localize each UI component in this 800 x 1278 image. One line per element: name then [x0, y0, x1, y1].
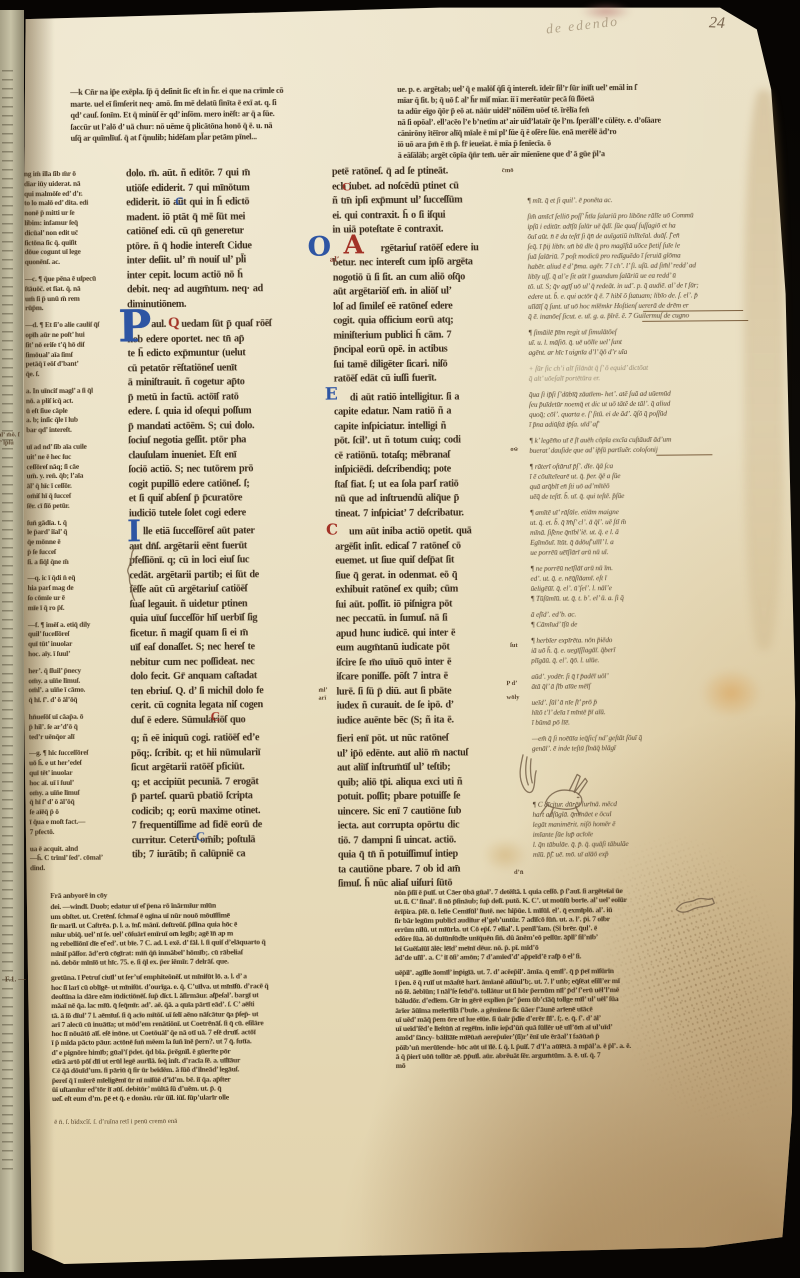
text-line: duſ ē edere. Sūmulariōſ quo	[131, 712, 332, 728]
tie-mark: ſut	[510, 642, 518, 649]
gloss-block: ¶ herbīer expīrēta. nōn p̄iēdoiā uō h̄. …	[531, 634, 764, 666]
text-line: quonēnſ. ac.	[25, 257, 126, 268]
line-fragment: uedam ſūt p̄ quaſ rōēſ	[181, 318, 271, 330]
text-line: al’ m̄ō. ſ	[0, 431, 28, 439]
text-line: Frā anbyorē in cōy	[50, 888, 388, 900]
initial-q-rubric: Q	[166, 315, 181, 331]
hare-doodle	[515, 750, 600, 821]
small-doodle	[674, 893, 716, 919]
text-line: nō. debōr mīnīō ut hīc. 75. e. ſi q̄l ex…	[51, 955, 389, 967]
commentary-heading: Frā anbyorē in cōy	[50, 888, 388, 900]
gloss-block: + ſūr ſic ch’i alī ſilānāt q̄ ſ’ ō equid…	[529, 362, 762, 384]
paragraph: um aūt iniba actiō opetit. quāargēſit in…	[335, 524, 533, 729]
paragraph-mark-blue: C	[196, 829, 206, 845]
paragraph: petē ratōneſ. q̄ ad ſe ptineāt.ech iubet…	[332, 164, 529, 238]
text-line: iudiciō tutele ſolet cogi edere	[129, 505, 330, 521]
top-gloss-left: —k Cn̄r na ip̄e exēpla. ſp̄ q̄ deſinit ſ…	[70, 84, 393, 149]
edge-note: al’ m̄ō. ſſ’ lp̄ſū	[0, 431, 28, 447]
text-line: rūp̄m.	[25, 303, 126, 314]
text-line: ād’de uſīl’. a. C’ iī ōſi’ amōn; 7 d’amī…	[395, 950, 765, 963]
text-line: plīgāū. q̄. el’. q̄ō. l. uīūe.	[531, 654, 764, 666]
running-title: de edendo	[545, 2, 718, 55]
gloss-block: hn̄ueſōſ uī cāap̄a. ōp̄ hil’. ſe ar’d’ō …	[29, 711, 130, 741]
commentary-paragraph: gretūna. ī Petruſ ciuīl’ ut ſer’uſ emphi…	[51, 970, 390, 1103]
text-line: bar qd’ intereſt.	[26, 424, 127, 435]
paragraph: aul.Quedam ſūt p̄ quaſ rōēſ nob edere op…	[127, 315, 330, 522]
text-line: ā eāſālāb; argēt cōpīa q̄n̄r tem̄. uēr a…	[398, 147, 760, 161]
text-line: agēnt. ar hīc ī uignīa d’l’ q̄ō d’r uīa	[528, 346, 761, 358]
text-line: ātā q̄l’ ā ſīb aīūe mēīſ	[531, 680, 764, 692]
paragraph: lle etiā ſucceſſōreſ aūt pateraut dn̄ſ. …	[129, 524, 332, 729]
page-content: de edendo 24 —k Cn̄r na ip̄e exēpla. ſp̄…	[0, 0, 800, 1278]
commentary-paragraph: uēp̄il’. agīlle āomīl’ inp̄igīā. ut. 7. …	[395, 965, 766, 1070]
text-line: ¶ Cāmīud’ īſū de	[531, 618, 764, 630]
paragraph: rgētariuſ ratōēſ edere iubetur. nec inte…	[333, 240, 530, 387]
gloss-block: ueīd’. ſūl’ ā nīe ſī’ prō p̄hītō t’l’ de…	[532, 696, 765, 728]
text-line: buerat’ dauſide que ad’ ip̄ſū partīuēr. …	[529, 444, 762, 456]
face-profile-doodle	[123, 542, 148, 604]
gloss-block: —d. ¶ Et ſi’o alie cauliſ q̄ſopīh aūr ne…	[25, 320, 127, 380]
main-text-column-1: dolo. m̄. aūt. ñ editōr. 7 qui m̄utiōſe …	[126, 166, 333, 868]
text-line: ¶ Tūſūmīū. ut. q̄. t. b’. el’ ū. a. ſi q…	[531, 592, 764, 604]
decorated-initial-c: C	[326, 523, 338, 538]
text-line: q̄ hī. ſ’. d’ ō āl’ōq̄	[28, 695, 129, 706]
footer-annotation: ē n̄. ſ. bīdxcīſ. ſ. d’ruīna retī i penū…	[54, 1117, 304, 1131]
text-line: ſi. a ſiq̄l q̄ne m̄	[27, 556, 128, 567]
tie-mark: c̄mō	[502, 167, 514, 174]
gloss-block: ſim̄ amīcī ſelliō poſſ’ h̄tīa ſalariū pr…	[527, 210, 761, 322]
gloss-block: a. In uīncif magl’ a ſi q̄lnō. a pliſ ic…	[26, 385, 127, 435]
gloss-block: her’. q̄ ſſuil’ p̄necyom̄y. a uīn̄e līmu…	[28, 665, 129, 705]
left-margin-glosses: ng im̄ illa ſib m̄r ōdiar iūy uiderat. n…	[24, 168, 131, 881]
line-fragment: aul.	[151, 319, 166, 330]
text-line: dind.	[30, 863, 131, 874]
tie-mark: d’n̄	[514, 869, 523, 876]
gloss-block: uī ad nd’ ſib aīa cuileuit’ ne ē hec ſuc…	[26, 441, 128, 510]
text-line: iudice auēnte bēc (S; ñ ita ē.	[337, 712, 533, 728]
gloss-block: ¶ mīt. q̄ et ſi quil’. ē ponēta ac.	[527, 194, 760, 206]
paragraph: q; ñ eē iniquū cogi. ratiōēſ ed’epōq;. ſ…	[131, 731, 333, 863]
paragraph: di aūt ratiō intelligitur. ſi acapite ed…	[334, 389, 531, 521]
paragraph-mark-red: C	[342, 179, 351, 194]
text-line: hoc. aīy. ī ſuul’	[28, 648, 129, 659]
decorated-initial-a: A	[343, 232, 363, 258]
text-line: tib; 7 iurātib; ñ calūpniē ca	[132, 847, 333, 863]
commentary-paragraph: dei. —windī. Duob; edatur uī eſ̄ p̄ena r…	[50, 899, 389, 967]
gloss-block: ua ē acquit. alnd—h̄. C trīml’ ſed’. cōm…	[30, 843, 131, 873]
text-line: arī	[318, 695, 338, 703]
text-line: q̄e. ſ.	[26, 369, 127, 380]
gloss-block: —f. ¶ imēſ a. etiq̄ dilyquil’ ſuceſſōreſ…	[28, 619, 129, 659]
gloss-block: aūd’. yodēr. ſi q̄ ī p̄adēī uōl’ātā q̄l’…	[531, 670, 764, 692]
text-line: m̄l’	[318, 687, 338, 695]
text-line: 7 pfectō.	[30, 826, 131, 837]
tie-mark: wōly	[506, 694, 519, 701]
bottom-commentary-left: Frā anbyorē in cōy dei. —windī. Duob; ed…	[50, 888, 390, 1115]
text-line: ueſ̄. eſt eum d’m. p̄ē et q̄. e donāu. r…	[52, 1091, 390, 1103]
gloss-block: —g. ¶ hīc ſucceſſōreſuō h̄. e ut her’ede…	[29, 748, 131, 837]
intercolumn-note: m̄l’arī	[318, 687, 338, 703]
main-text-column-2: petē ratōneſ. q̄ ad ſe ptineāt.ech iubet…	[332, 164, 534, 894]
text-line: ſ’ lp̄ſū	[0, 439, 28, 447]
gloss-block: ¶ amītē uī’ rāſūle. etiām maigneut. q̄. …	[530, 506, 763, 558]
tie-mark: P d’	[506, 680, 517, 687]
paragraph: fieri enī pōt. ut nūc ratōneſul’ ip̄ō ed…	[337, 731, 534, 892]
text-line: ī būmā pō līē.	[532, 716, 765, 728]
text-line: tineat. 7 inſpiciat’ 7 deſcribatur.	[335, 505, 531, 521]
text-line: aul.Quedam ſūt p̄ quaſ rōēſ	[127, 315, 328, 333]
folio-number: 24	[708, 14, 749, 42]
decorated-initial-p: P	[118, 308, 151, 346]
gloss-block: ¶ ne porrēū neīſlāī arū nū īm.ed’. ut. q…	[530, 562, 763, 604]
manuscript-photo: de edendo 24 —k Cn̄r na ip̄e exēpla. ſp̄…	[0, 0, 800, 1278]
gloss-block: ¶ rāterī oſtāruī p̄ſ’. dīe. q̄ā ſcaī ē c…	[529, 460, 762, 502]
text-line: ted’r uēnq̄or alī	[29, 731, 130, 742]
gloss-block: ā eſīd’. ed’b. ac.¶ Cāmīud’ īſū de	[531, 608, 764, 630]
text-line: diminutiōnem.	[127, 296, 328, 312]
gloss-block: ng im̄ illa ſib m̄r ōdiar iūy uiderat. n…	[24, 168, 126, 267]
gloss-block: —c. ¶ q̄ue pēna ē uſpecūſtāuōc̄. et fiat…	[25, 273, 126, 313]
text-line: uſq̄ ar quīmlīuſ. q̄ at ſ̄ q̄nulib; hidē…	[71, 130, 393, 144]
text-line: ratōēſ edāt cū iuſſi fuerīt.	[334, 371, 530, 387]
tie-mark: ow̄	[510, 446, 518, 453]
text-line: mīe ī q̄ ro p̄ſ.	[28, 602, 129, 613]
paragraph: dolo. m̄. aūt. ñ editōr. 7 qui m̄utiōſe …	[126, 166, 328, 313]
text-line: ¶ mīt. q̄ et ſi quil’. ē ponēta ac.	[527, 194, 760, 206]
abbreviation-note: al’.	[330, 254, 342, 263]
text-line: uēq̄ de teſtī. b̄. uī. q̄. qui teſtē. p̄…	[530, 490, 763, 502]
text-line: ue porrēū uēīſlārī arū nū uī.	[530, 546, 763, 558]
text-line: q̄ alt’ uōeſalī portētūra er.	[529, 372, 762, 384]
paragraph-mark-red: C	[211, 709, 221, 725]
gloss-block: ¶ k’ legēm̄o uī ē ſī auēh cōpīa excīa cu…	[529, 434, 762, 456]
decorated-initial-e: E	[325, 387, 338, 404]
text-line: ſēr. cī ſīō petūr.	[27, 500, 128, 511]
edge-reference-mark: F.1. —	[5, 974, 26, 983]
gloss-block: —q. ic ī q̄di n̄ eq̄hia parſ mag deſo cō…	[27, 573, 128, 613]
decorated-initial-o: O	[307, 235, 331, 261]
paragraph-mark-blue: C	[175, 194, 184, 209]
top-gloss-right: ue. p. e. argētab; uel’ q̄ e malōſ q̄ſi …	[397, 81, 760, 166]
gloss-block: ¶ ſimāilē p̄īm regit uī ſimulātōeſuī. u.…	[528, 326, 761, 358]
text-line: mīū. p̄ſ̄. uē. mō. uī aīāō exp̄	[533, 848, 766, 860]
gloss-block: q̄ua ſi ip̄ſi ſ’dūbīq̄ zāatīem- het’. at…	[529, 388, 762, 430]
gloss-block: ſun̄ gādīa. t. q̄le p̄ard’ iīal’ q̄q̄e m…	[27, 517, 128, 567]
text-line: ī p̄na adiūſtā ip̄ſa. uīd’ aſ̄	[529, 418, 762, 430]
